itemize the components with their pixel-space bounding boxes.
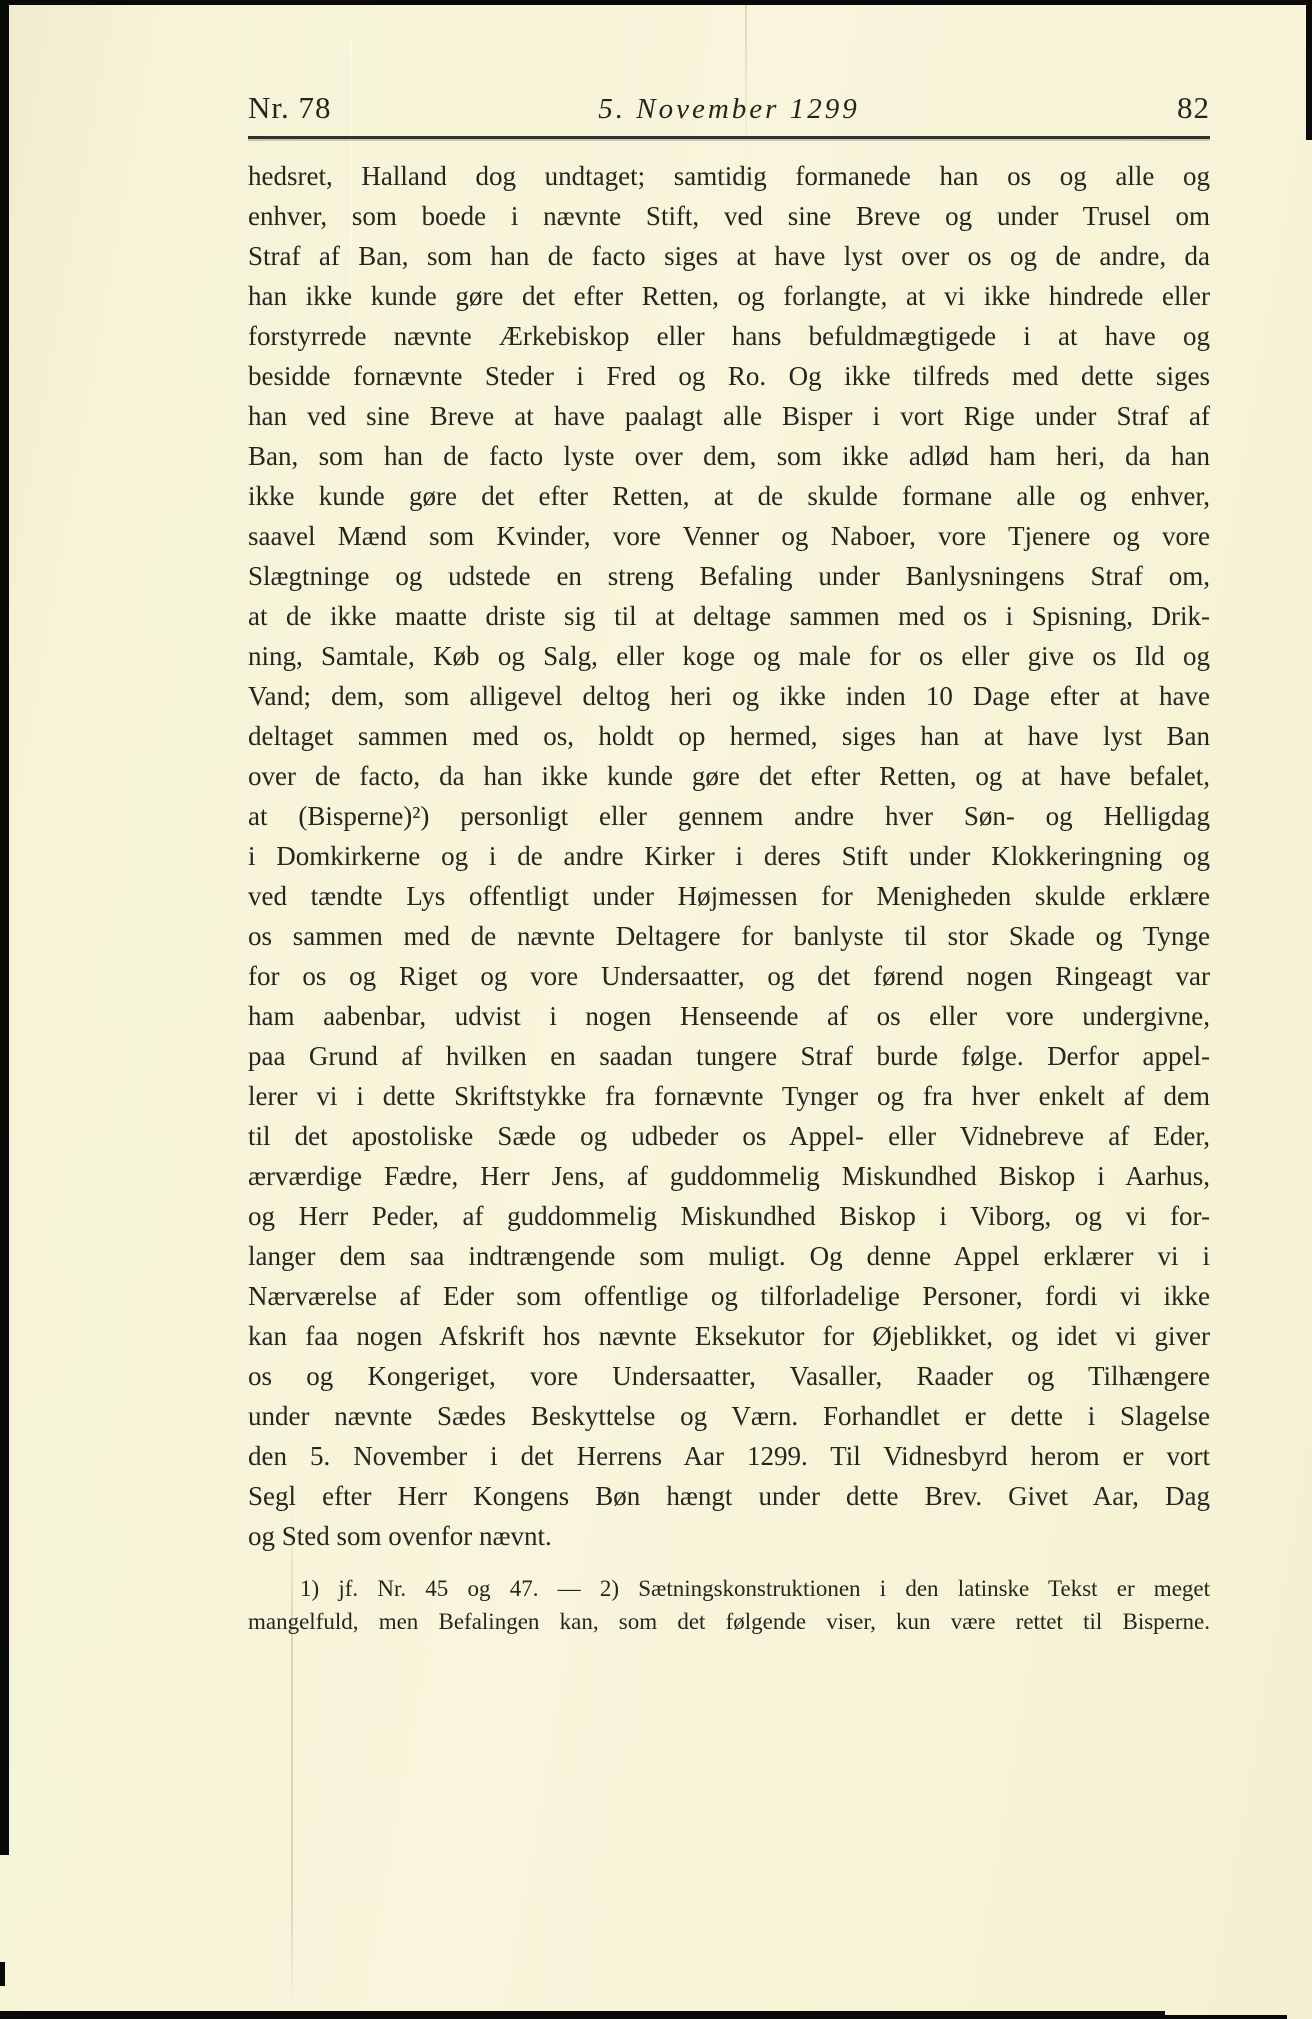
header-rule [248,136,1210,139]
body-line: at (Bisperne)²) personligt eller gennem … [248,796,1210,836]
body-line: i Domkirkerne og i de andre Kirker i der… [248,836,1210,876]
body-line: os sammen med de nævnte Deltagere for ba… [248,916,1210,956]
body-line: Straf af Ban, som han de facto siges at … [248,236,1210,276]
footnote-line: mangelfuld, men Befalingen kan, som det … [248,1605,1210,1638]
body-line: han ved sine Breve at have paalagt alle … [248,396,1210,436]
body-line: at de ikke maatte driste sig til at delt… [248,596,1210,636]
header-date-title: 5. November 1299 [489,91,970,127]
scan-edge-bottom [0,2011,1165,2019]
scan-edge-left [0,0,9,1855]
scan-edge-left-mark [0,1962,5,1986]
body-line: ning, Samtale, Køb og Salg, eller koge o… [248,636,1210,676]
running-header: Nr. 78 5. November 1299 82 [248,90,1210,127]
footnotes: 1) jf. Nr. 45 og 47. — 2) Sætningskonstr… [248,1572,1210,1638]
body-line: for os og Riget og vore Undersaatter, og… [248,956,1210,996]
body-line: Segl efter Herr Kongens Bøn hængt under … [248,1476,1210,1516]
body-line: Vand; dem, som alligevel deltog heri og … [248,676,1210,716]
document-body: hedsret, Halland dog undtaget; samtidig … [248,156,1210,1556]
body-line: hedsret, Halland dog undtaget; samtidig … [248,156,1210,196]
scanned-page: Nr. 78 5. November 1299 82 hedsret, Hall… [0,0,1312,2019]
footnote-line: 1) jf. Nr. 45 og 47. — 2) Sætningskonstr… [248,1572,1210,1605]
body-line: over de facto, da han ikke kunde gøre de… [248,756,1210,796]
body-line: saavel Mænd som Kvinder, vore Venner og … [248,516,1210,556]
body-line: langer dem saa indtrængende som muligt. … [248,1236,1210,1276]
body-line: han ikke kunde gøre det efter Retten, og… [248,276,1210,316]
body-line: til det apostoliske Sæde og udbeder os A… [248,1116,1210,1156]
scan-edge-right [1306,0,1312,140]
body-line: den 5. November i det Herrens Aar 1299. … [248,1436,1210,1476]
page-content: Nr. 78 5. November 1299 82 hedsret, Hall… [248,0,1210,1638]
body-line: paa Grund af hvilken en saadan tungere S… [248,1036,1210,1076]
body-line: kan faa nogen Afskrift hos nævnte Ekseku… [248,1316,1210,1356]
body-line: under nævnte Sædes Beskyttelse og Værn. … [248,1396,1210,1436]
document-number: Nr. 78 [248,90,489,126]
body-line: Slægtninge og udstede en streng Befaling… [248,556,1210,596]
body-line: Ban, som han de facto lyste over dem, so… [248,436,1210,476]
body-line: forstyrrede nævnte Ærkebiskop eller hans… [248,316,1210,356]
scan-edge-bottom-tail [1165,2015,1287,2019]
body-line: Nærværelse af Eder som offentlige og til… [248,1276,1210,1316]
body-line: og Sted som ovenfor nævnt. [248,1516,1210,1556]
body-line: ærværdige Fædre, Herr Jens, af guddommel… [248,1156,1210,1196]
body-line: enhver, som boede i nævnte Stift, ved si… [248,196,1210,236]
body-line: deltaget sammen med os, holdt op hermed,… [248,716,1210,756]
body-line: ham aabenbar, udvist i nogen Henseende a… [248,996,1210,1036]
body-line: os og Kongeriget, vore Undersaatter, Vas… [248,1356,1210,1396]
body-line: besidde fornævnte Steder i Fred og Ro. O… [248,356,1210,396]
page-number: 82 [970,90,1211,126]
body-line: lerer vi i dette Skriftstykke fra fornæv… [248,1076,1210,1116]
body-line: ved tændte Lys offentligt under Højmesse… [248,876,1210,916]
body-line: og Herr Peder, af guddommelig Miskundhed… [248,1196,1210,1236]
body-line: ikke kunde gøre det efter Retten, at de … [248,476,1210,516]
